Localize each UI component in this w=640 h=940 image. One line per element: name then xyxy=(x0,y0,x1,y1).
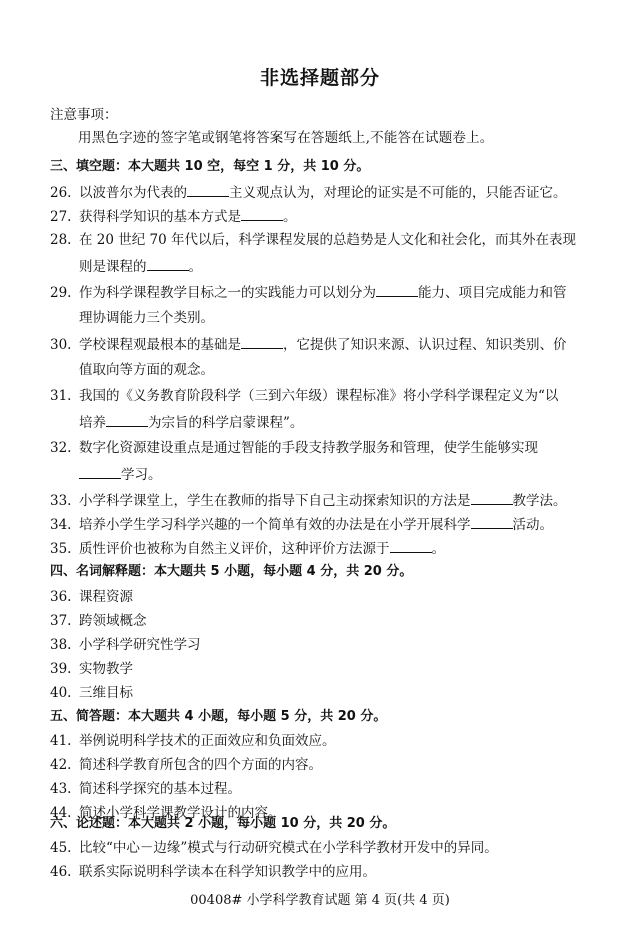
question-number: 37. xyxy=(50,612,79,630)
answer-blank xyxy=(471,491,513,505)
question-31: 31.我国的《义务教育阶段科学（三到六年级）课程标准》将小学科学课程定义为“以 xyxy=(50,387,558,405)
question-number: 38. xyxy=(50,636,79,654)
question-43: 43.简述科学探究的基本过程。 xyxy=(50,780,241,798)
question-number: 39. xyxy=(50,660,79,678)
answer-blank xyxy=(390,539,432,553)
question-35: 35.质性评价也被称为自然主义评价，这种评价方法源于。 xyxy=(50,539,445,558)
question-number: 30. xyxy=(50,336,79,354)
answer-blank xyxy=(79,465,121,479)
question-38: 38.小学科学研究性学习 xyxy=(50,636,201,654)
page-footer: 00408# 小学科学教育试题 第 4 页(共 4 页) xyxy=(0,889,640,908)
question-29: 29.作为科学课程教学目标之一的实践能力可以划分为能力、项目完成能力和管 xyxy=(50,283,567,302)
question-number: 29. xyxy=(50,284,79,302)
question-36: 36.课程资源 xyxy=(50,588,133,606)
question-37: 37.跨领域概念 xyxy=(50,612,147,630)
question-number: 40. xyxy=(50,684,79,702)
notice-label: 注意事项： xyxy=(50,103,118,123)
section-heading-short-answer: 五、简答题：本大题共 4 小题，每小题 5 分，共 20 分。 xyxy=(50,708,386,726)
question-number: 32. xyxy=(50,439,79,457)
question-33: 33.小学科学课堂上，学生在教师的指导下自己主动探索知识的方法是教学法。 xyxy=(50,491,567,510)
question-number: 35. xyxy=(50,540,79,558)
question-number: 36. xyxy=(50,588,79,606)
section-heading-term-definition: 四、名词解释题：本大题共 5 小题，每小题 4 分，共 20 分。 xyxy=(50,563,412,581)
question-32: 32.数字化资源建设重点是通过智能的手段支持教学服务和管理，使学生能够实现 xyxy=(50,439,538,457)
section-heading-essay: 六、论述题：本大题共 2 小题，每小题 10 分，共 20 分。 xyxy=(50,815,395,833)
answer-blank xyxy=(376,283,418,297)
question-number: 43. xyxy=(50,780,79,798)
question-number: 27. xyxy=(50,208,79,226)
question-31-continuation: 培养为宗旨的科学启蒙课程”。 xyxy=(79,413,303,432)
answer-blank xyxy=(147,257,189,271)
question-number: 28. xyxy=(50,231,79,249)
question-28-continuation: 则是课程的。 xyxy=(79,257,202,276)
answer-blank xyxy=(471,515,513,529)
question-number: 41. xyxy=(50,732,79,750)
question-30: 30.学校课程观最根本的基础是，它提供了知识来源、认识过程、知识类别、价 xyxy=(50,335,567,354)
question-42: 42.简述科学教育所包含的四个方面的内容。 xyxy=(50,756,322,774)
section-heading-fill-blank: 三、填空题：本大题共 10 空，每空 1 分，共 10 分。 xyxy=(50,158,369,176)
question-number: 34. xyxy=(50,516,79,534)
question-26: 26.以波普尔为代表的主义观点认为，对理论的证实是不可能的，只能否证它。 xyxy=(50,183,567,202)
question-34: 34.培养小学生学习科学兴趣的一个简单有效的办法是在小学开展科学活动。 xyxy=(50,515,553,534)
question-28: 28.在 20 世纪 70 年代以后，科学课程发展的总趋势是人文化和社会化，而其… xyxy=(50,231,576,249)
exam-page: 非选择题部分 注意事项： 用黑色字迹的签字笔或钢笔将答案写在答题纸上,不能答在试… xyxy=(0,0,640,940)
question-46: 46.联系实际说明科学读本在科学知识教学中的应用。 xyxy=(50,863,376,881)
question-40: 40.三维目标 xyxy=(50,684,133,702)
question-32-continuation: 学习。 xyxy=(79,465,162,484)
question-45: 45.比较“中心－边缘”模式与行动研究模式在小学科学教材开发中的异同。 xyxy=(50,839,498,857)
question-39: 39.实物教学 xyxy=(50,660,133,678)
page-title: 非选择题部分 xyxy=(0,63,640,90)
question-29-continuation: 理协调能力三个类别。 xyxy=(79,309,214,327)
question-30-continuation: 值取向等方面的观念。 xyxy=(79,361,214,379)
question-number: 46. xyxy=(50,863,79,881)
question-number: 42. xyxy=(50,756,79,774)
question-number: 33. xyxy=(50,492,79,510)
notice-text: 用黑色字迹的签字笔或钢笔将答案写在答题纸上,不能答在试题卷上。 xyxy=(78,126,494,146)
question-41: 41.举例说明科学技术的正面效应和负面效应。 xyxy=(50,732,336,750)
question-number: 26. xyxy=(50,184,79,202)
answer-blank xyxy=(241,335,283,349)
answer-blank xyxy=(187,183,229,197)
question-27: 27.获得科学知识的基本方式是。 xyxy=(50,207,297,226)
answer-blank xyxy=(106,413,148,427)
question-number: 45. xyxy=(50,839,79,857)
question-number: 31. xyxy=(50,387,79,405)
answer-blank xyxy=(241,207,283,221)
